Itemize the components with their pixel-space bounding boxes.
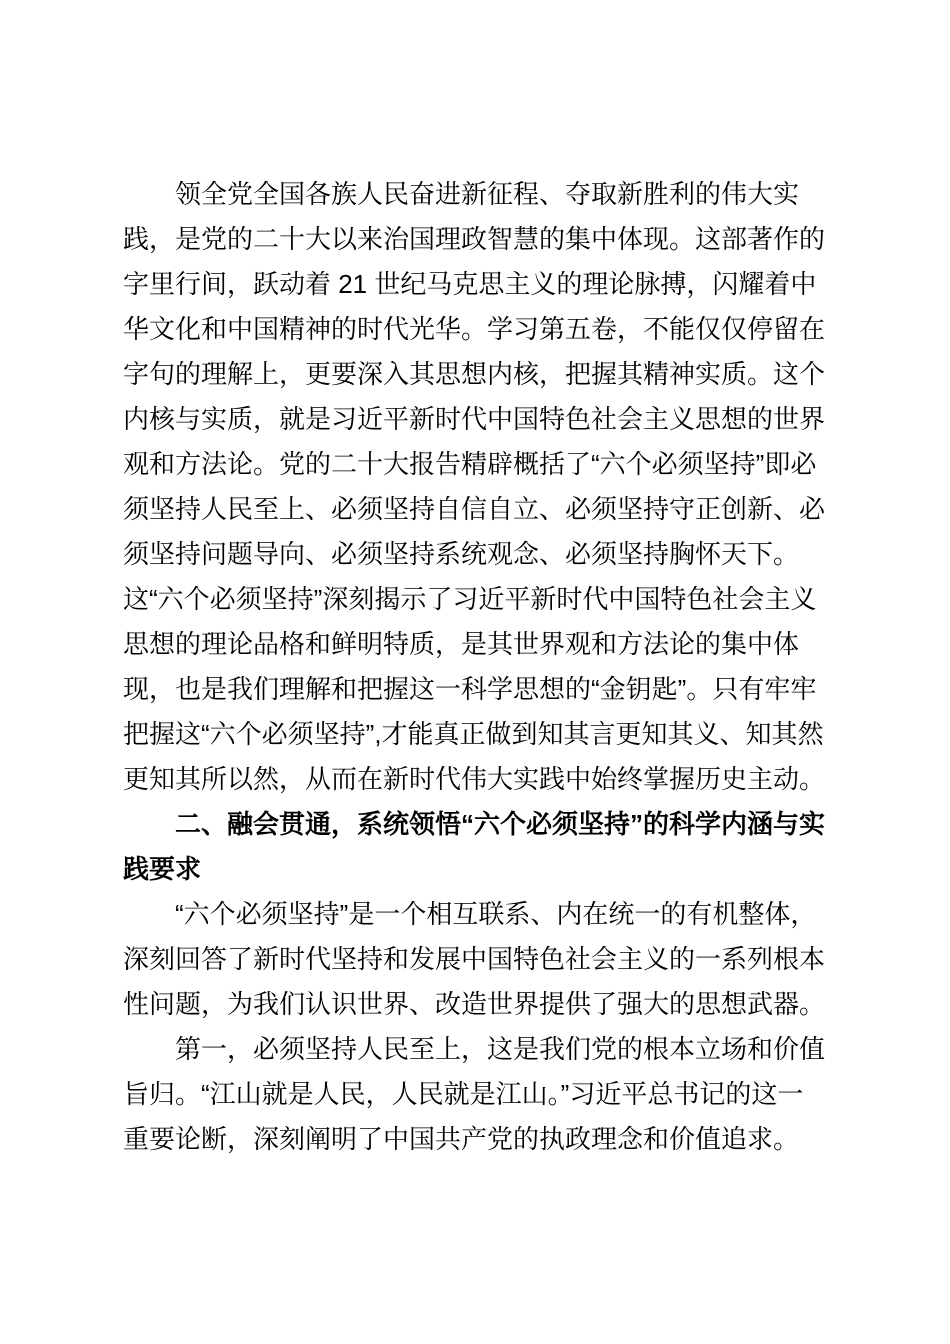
- document-text-block: 领全党全国各族人民奋进新征程、夺取新胜利的伟大实践，是党的二十大以来治国理政智慧…: [123, 172, 829, 1162]
- body-paragraph: 领全党全国各族人民奋进新征程、夺取新胜利的伟大实践，是党的二十大以来治国理政智慧…: [123, 172, 829, 802]
- body-paragraph: 第一，必须坚持人民至上，这是我们党的根本立场和价值旨归。“江山就是人民，人民就是…: [123, 1027, 829, 1162]
- section-heading: 二、融会贯通，系统领悟“六个必须坚持”的科学内涵与实践要求: [123, 802, 829, 892]
- body-paragraph: “六个必须坚持”是一个相互联系、内在统一的有机整体，深刻回答了新时代坚持和发展中…: [123, 892, 829, 1027]
- document-page: 领全党全国各族人民奋进新征程、夺取新胜利的伟大实践，是党的二十大以来治国理政智慧…: [0, 0, 950, 1344]
